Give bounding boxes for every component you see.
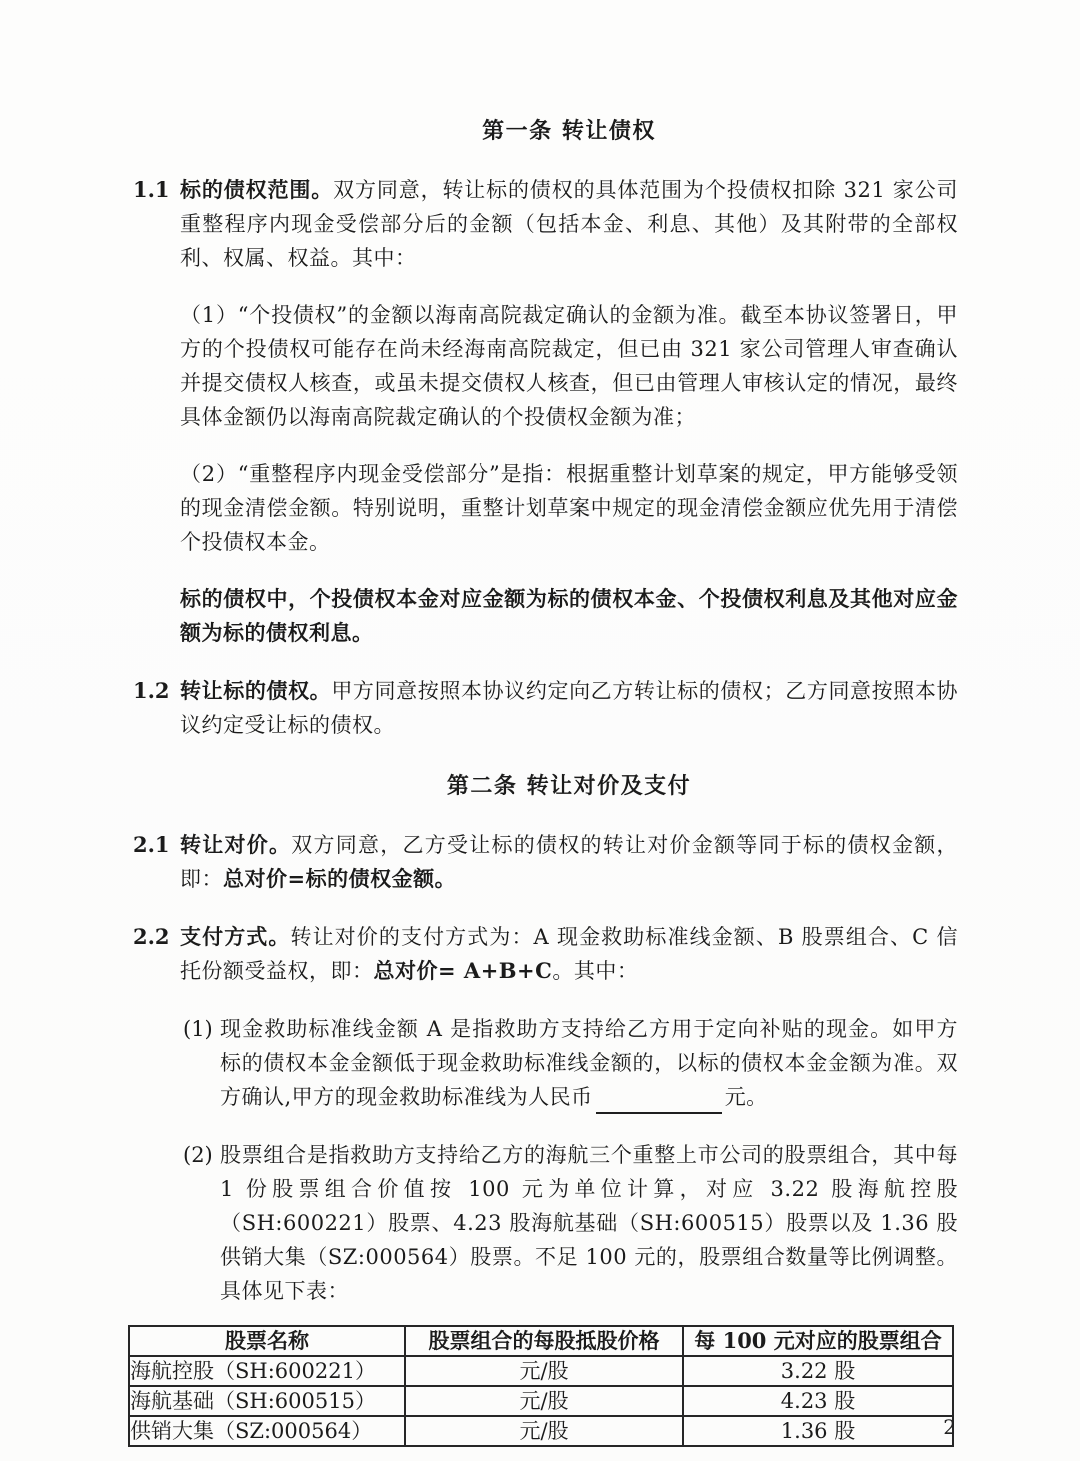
clause-2-1-number: 2.1 (133, 828, 180, 896)
cell-stock-name: 海航控股（SH:600221） (129, 1356, 405, 1386)
clause-2-2-lead: 支付方式。 (180, 924, 290, 949)
clause-2-2: 2.2 支付方式。转让对价的支付方式为：A 现金救助标准线金额、B 股票组合、C… (133, 920, 958, 988)
page-number: 2 (943, 1415, 956, 1439)
clause-2-1-formula: 总对价=标的债权金额。 (223, 866, 456, 891)
clause-1-1-lead: 标的债权范围。 (180, 177, 333, 202)
clause-1-1-text: 标的债权范围。双方同意，转让标的债权的具体范围为个投债权扣除 321 家公司重整… (180, 173, 958, 275)
item-2-text: 股票组合是指救助方支持给乙方的海航三个重整上市公司的股票组合，其中每 1 份股票… (220, 1138, 958, 1308)
fill-in-blank-underline (596, 1092, 722, 1114)
clause-1-1-summary: 标的债权中，个投债权本金对应金额为标的债权本金、个投债权利息及其他对应金额为标的… (180, 582, 958, 650)
cell-stock-name: 供销大集（SZ:000564） (129, 1416, 405, 1446)
header-price-per-share: 股票组合的每股抵股价格 (405, 1326, 683, 1356)
table-row: 供销大集（SZ:000564） 元/股 1.36 股 (129, 1416, 953, 1446)
cell-portfolio: 1.36 股 (683, 1416, 953, 1446)
clause-2-2-item-2: (2) 股票组合是指救助方支持给乙方的海航三个重整上市公司的股票组合，其中每 1… (183, 1138, 958, 1308)
cell-stock-name: 海航基础（SH:600515） (129, 1386, 405, 1416)
table-row: 海航基础（SH:600515） 元/股 4.23 股 (129, 1386, 953, 1416)
clause-1-1-item-1: （1）“个投债权”的金额以海南高院裁定确认的金额为准。截至本协议签署日，甲方的个… (180, 298, 958, 434)
clause-1-1: 1.1 标的债权范围。双方同意，转让标的债权的具体范围为个投债权扣除 321 家… (133, 173, 958, 275)
clause-1-2-text: 转让标的债权。甲方同意按照本协议约定向乙方转让标的债权；乙方同意按照本协议约定受… (180, 674, 958, 742)
cell-portfolio: 3.22 股 (683, 1356, 953, 1386)
cell-price-unit: 元/股 (405, 1386, 683, 1416)
clause-2-2-tail: 。其中： (552, 959, 638, 983)
article-1-heading: 第一条 转让债权 (180, 113, 958, 149)
item-1-text: 现金救助标准线金额 A 是指救助方支持给乙方用于定向补贴的现金。如甲方标的债权本… (220, 1012, 958, 1114)
item-1-number: (1) (183, 1012, 220, 1114)
table-header-row: 股票名称 股票组合的每股抵股价格 每 100 元对应的股票组合 (129, 1326, 953, 1356)
header-stock-name: 股票名称 (129, 1326, 405, 1356)
item-1-text-before-blank: 现金救助标准线金额 A 是指救助方支持给乙方用于定向补贴的现金。如甲方标的债权本… (220, 1017, 958, 1109)
clause-2-2-formula: 总对价= A+B+C (374, 958, 553, 983)
contract-document-page: 第一条 转让债权 1.1 标的债权范围。双方同意，转让标的债权的具体范围为个投债… (0, 0, 1080, 1461)
clause-1-1-item-2: （2）“重整程序内现金受偿部分”是指：根据重整计划草案的规定，甲方能够受领的现金… (180, 457, 958, 559)
clause-2-1: 2.1 转让对价。双方同意，乙方受让标的债权的转让对价金额等同于标的债权金额，即… (133, 828, 958, 896)
clause-1-2-number: 1.2 (133, 674, 180, 742)
clause-1-2: 1.2 转让标的债权。甲方同意按照本协议约定向乙方转让标的债权；乙方同意按照本协… (133, 674, 958, 742)
item-1-text-after-blank: 元。 (725, 1085, 768, 1109)
item-2-number: (2) (183, 1138, 220, 1308)
table-row: 海航控股（SH:600221） 元/股 3.22 股 (129, 1356, 953, 1386)
header-combo-per-100: 每 100 元对应的股票组合 (683, 1326, 953, 1356)
clause-1-2-lead: 转让标的债权。 (180, 678, 331, 703)
cell-price-unit: 元/股 (405, 1416, 683, 1446)
clause-2-2-number: 2.2 (133, 920, 180, 988)
document-body: 第一条 转让债权 1.1 标的债权范围。双方同意，转让标的债权的具体范围为个投债… (133, 113, 958, 1447)
clause-2-1-lead: 转让对价。 (180, 832, 291, 857)
clause-2-2-item-1: (1) 现金救助标准线金额 A 是指救助方支持给乙方用于定向补贴的现金。如甲方标… (183, 1012, 958, 1114)
clause-2-1-text: 转让对价。双方同意，乙方受让标的债权的转让对价金额等同于标的债权金额，即：总对价… (180, 828, 958, 896)
cell-portfolio: 4.23 股 (683, 1386, 953, 1416)
stock-portfolio-table: 股票名称 股票组合的每股抵股价格 每 100 元对应的股票组合 海航控股（SH:… (128, 1325, 954, 1447)
clause-2-2-text: 支付方式。转让对价的支付方式为：A 现金救助标准线金额、B 股票组合、C 信托份… (180, 920, 958, 988)
article-2-heading: 第二条 转让对价及支付 (180, 768, 958, 804)
cell-price-unit: 元/股 (405, 1356, 683, 1386)
clause-1-1-number: 1.1 (133, 173, 180, 275)
